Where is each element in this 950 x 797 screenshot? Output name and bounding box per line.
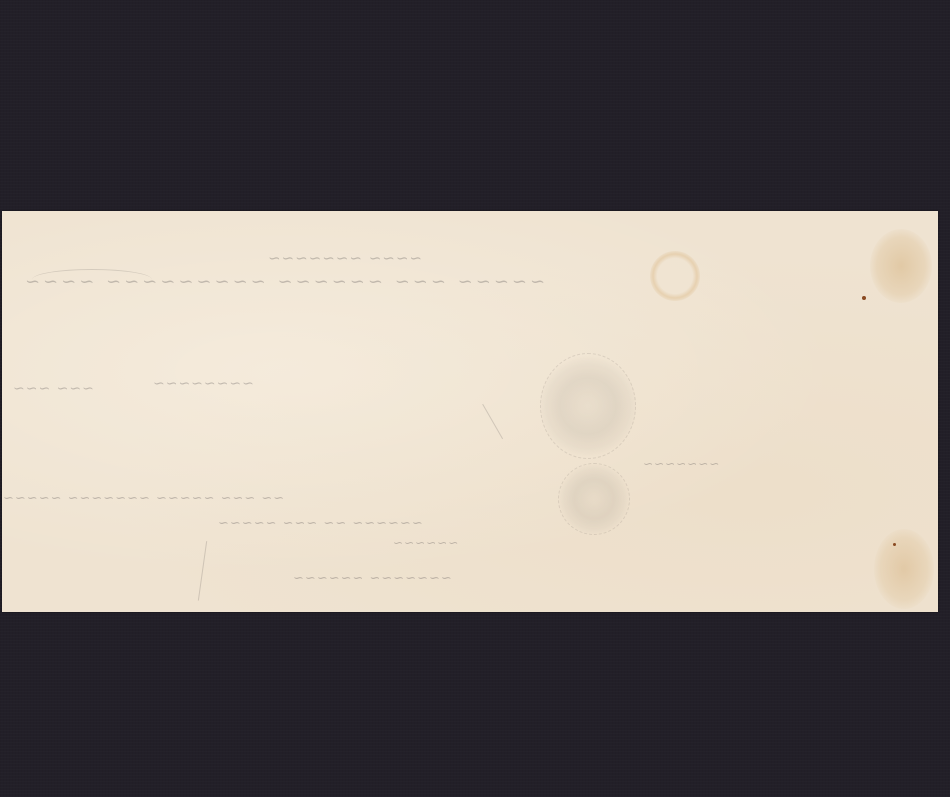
document-paper: ~~~~ ~~~~~~~ ~~~~~ ~~~ ~~~~~~ ~~~~~~~~~ …: [2, 211, 938, 612]
foxing-dot: [862, 296, 866, 300]
bleed-through-text: ~~~~~~~: [642, 457, 719, 471]
ink-stroke: [482, 403, 505, 439]
stain-bottom-right: [874, 529, 934, 609]
bleed-through-text: ~~~ ~~~: [12, 381, 94, 397]
bleed-through-text: ~~~~~~ ~~ ~~~ ~~~~~: [217, 516, 423, 531]
ink-stroke: [198, 541, 209, 601]
seal-impression: [540, 353, 636, 459]
bleed-through-text: ~~ ~~~ ~~~~~ ~~~~~~~ ~~~~~: [2, 491, 284, 506]
bleed-through-text: ~~~~~~~~: [152, 376, 254, 392]
seal-impression-lower: [558, 463, 630, 535]
bleed-through-text: ~~~~~~~ ~~~~~~: [292, 571, 452, 586]
bleed-through-text: ~~~~~ ~~~ ~~~~~~ ~~~~~~~~~ ~~~~: [22, 271, 545, 292]
stain-top-right: [870, 229, 932, 303]
stain-ring: [650, 251, 700, 301]
bleed-through-text: ~~~~~~: [392, 536, 458, 550]
foxing-dot: [893, 543, 896, 546]
bleed-through-text: ~~~~ ~~~~~~~: [267, 249, 422, 267]
